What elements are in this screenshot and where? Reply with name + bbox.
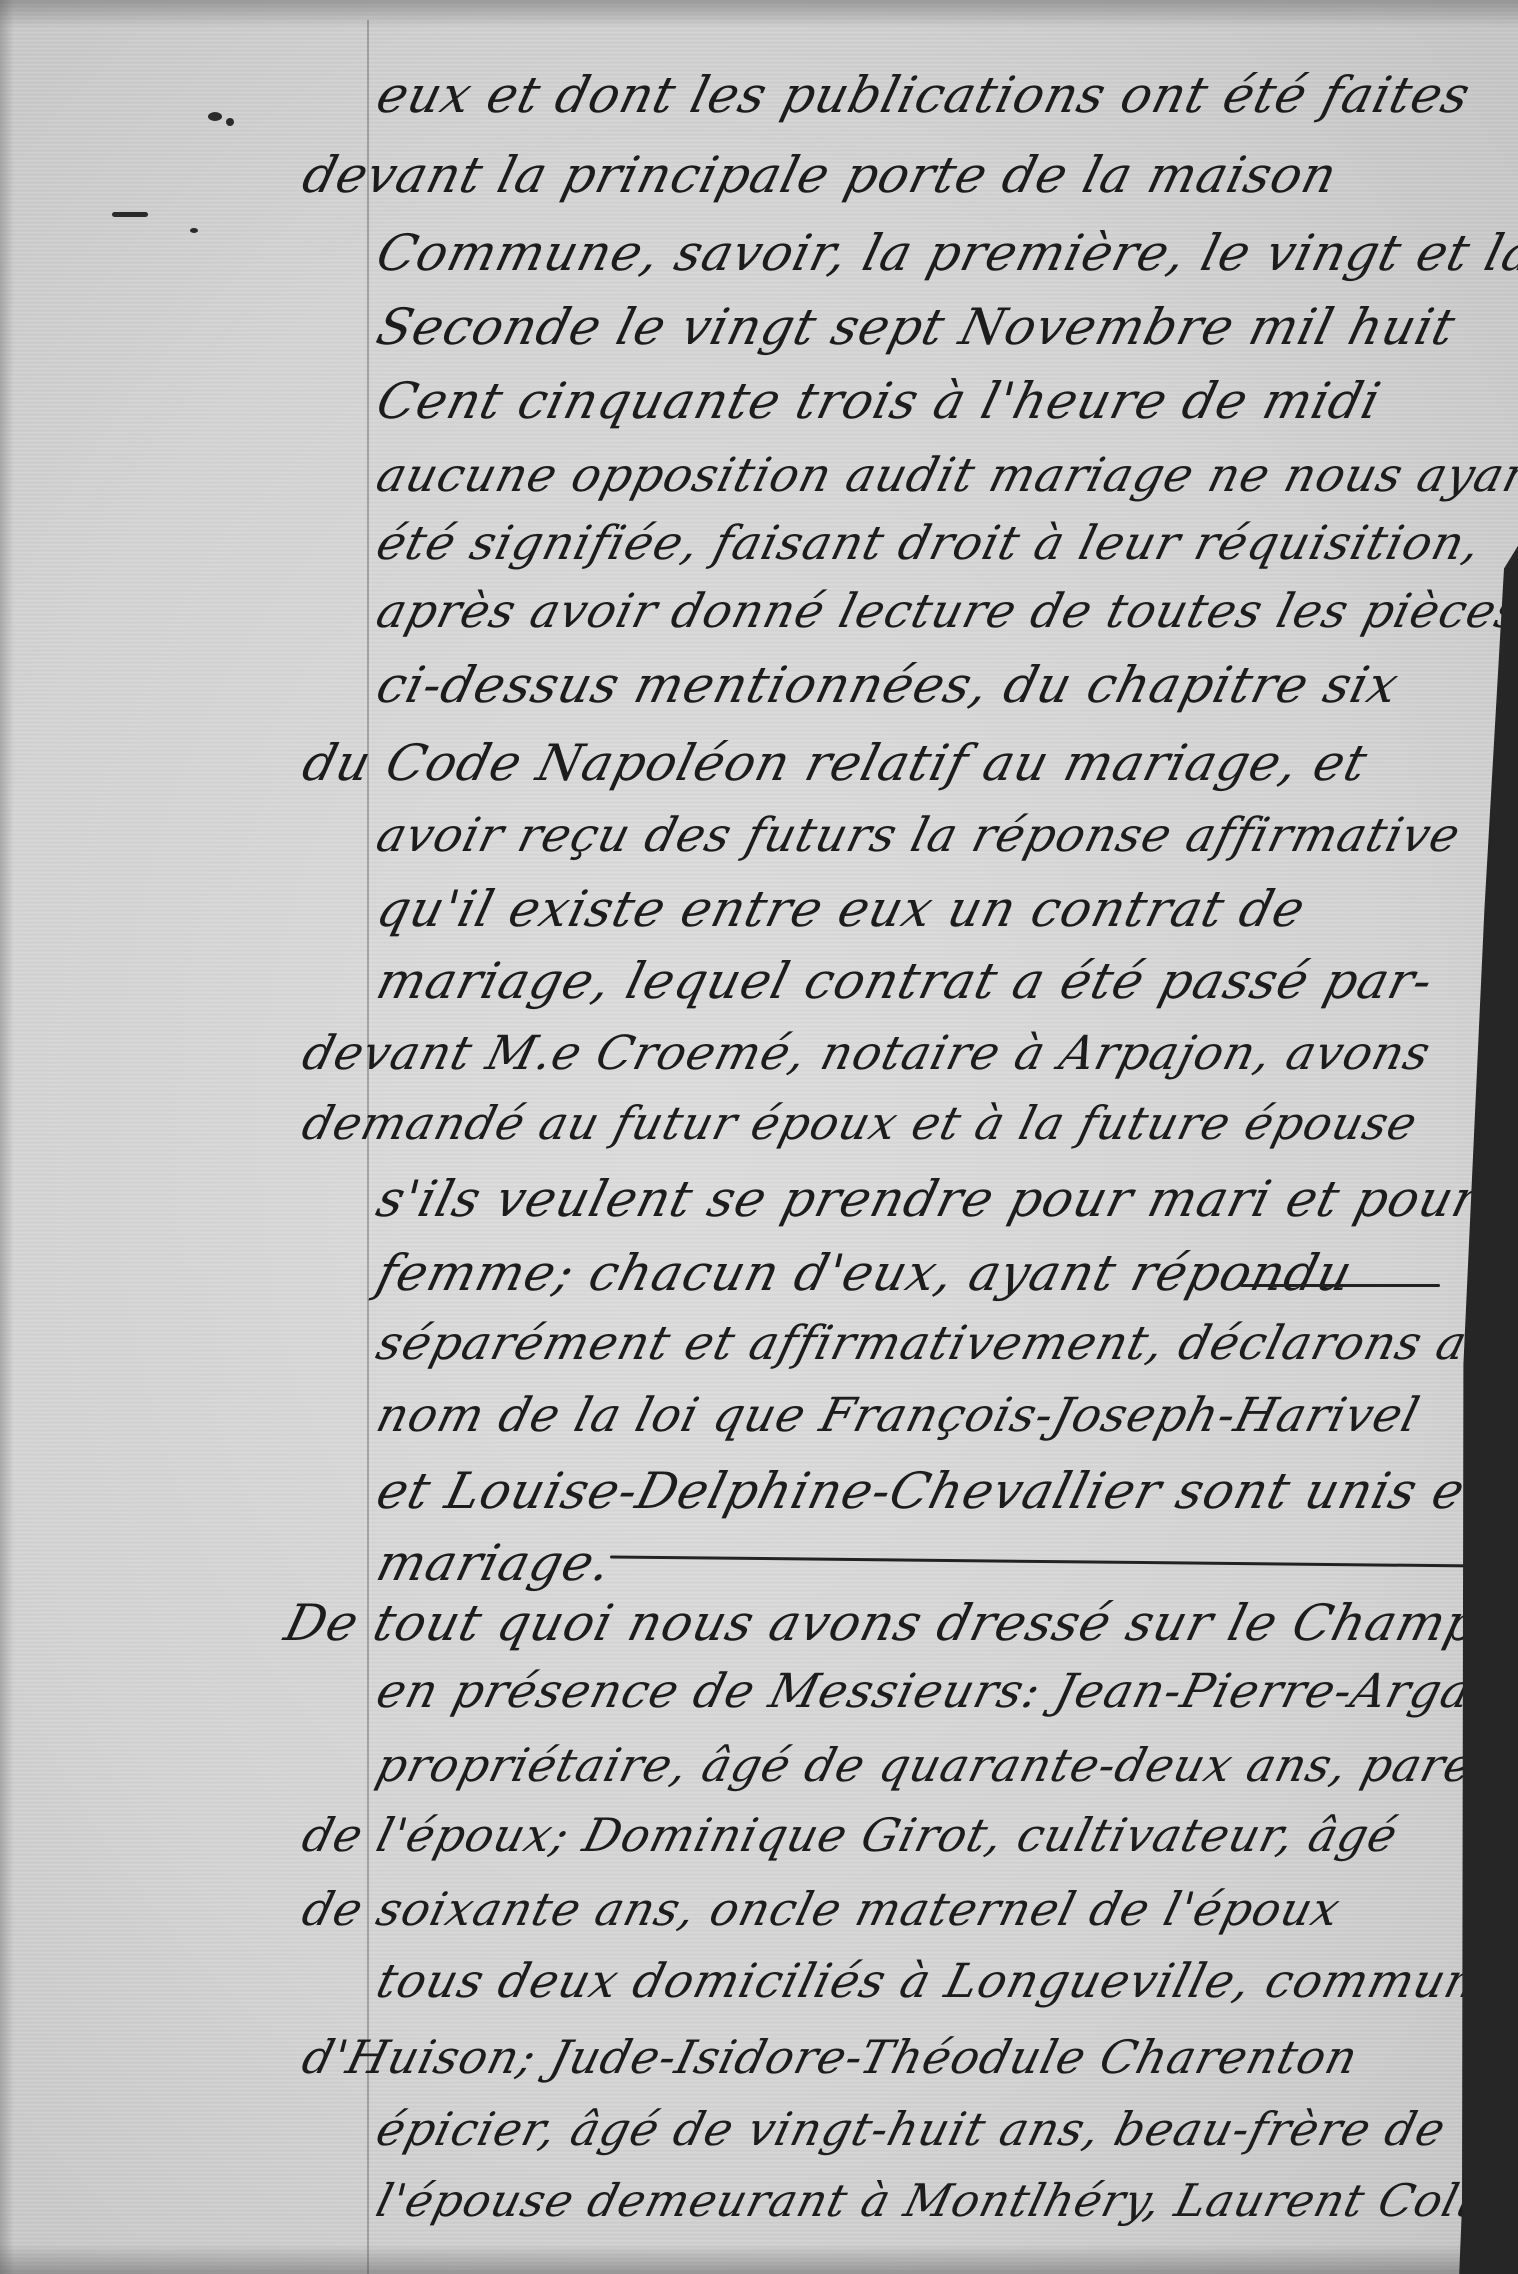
text-line: propriétaire, âgé de quarante-deux ans, … <box>372 1742 1518 1788</box>
text-line: mariage. <box>372 1538 617 1588</box>
text-line: qu'il existe entre eux un contrat de <box>372 884 1310 934</box>
text-line: du Code Napoléon relatif au mariage, et <box>298 738 1373 788</box>
text-line: mariage, lequel contrat a été passé par- <box>372 956 1438 1006</box>
text-line: après avoir donné lecture de toutes les … <box>372 588 1518 635</box>
text-line: aucune opposition audit mariage ne nous … <box>372 452 1518 499</box>
text-line: tous deux domiciliés à Longueville, comm… <box>372 1958 1511 2005</box>
text-line: demandé au futur époux et à la future ép… <box>298 1100 1422 1146</box>
text-line: l'épouse demeurant à Montlhéry, Laurent … <box>372 2178 1518 2223</box>
text-line: ci-dessus mentionnées, du chapitre six <box>372 660 1404 710</box>
text-line: en présence de Messieurs: Jean-Pierre-Ar… <box>372 1668 1518 1715</box>
text-line: nom de la loi que François-Joseph-Harive… <box>372 1392 1424 1439</box>
register-page: eux et dont les publications ont été fai… <box>0 0 1518 2274</box>
text-line: et Louise-Delphine-Chevallier sont unis … <box>372 1466 1503 1516</box>
text-line: été signifiée, faisant droit à leur réqu… <box>372 520 1486 567</box>
text-line: s'ils veulent se prendre pour mari et po… <box>372 1174 1484 1224</box>
text-line: Commune, savoir, la première, le vingt e… <box>372 228 1518 278</box>
text-line: d'Huison; Jude-Isidore-Théodule Charento… <box>298 2034 1363 2080</box>
text-line: avoir reçu des futurs la réponse affirma… <box>372 812 1465 859</box>
text-line: De tout quoi nous avons dressé sur le Ch… <box>280 1598 1485 1648</box>
text-line: de l'époux; Dominique Girot, cultivateur… <box>298 1812 1403 1858</box>
text-line: Seconde le vingt sept Novembre mil huit <box>372 302 1461 352</box>
handwritten-text: eux et dont les publications ont été fai… <box>0 0 1518 2274</box>
text-line: devant M.e Croemé, notaire à Arpajon, av… <box>298 1030 1435 1077</box>
text-line: femme; chacun d'eux, ayant répondu <box>372 1248 1358 1298</box>
text-line: Cent cinquante trois à l'heure de midi <box>372 376 1386 426</box>
text-line: séparément et affirmativement, déclarons… <box>372 1320 1503 1367</box>
text-line: eux et dont les publications ont été fai… <box>372 70 1475 120</box>
text-line: devant la principale porte de la maison <box>298 150 1342 200</box>
text-line: de soixante ans, oncle maternel de l'épo… <box>298 1886 1345 1932</box>
closing-rule <box>610 1555 1480 1567</box>
text-line: épicier, âgé de vingt-huit ans, beau-frè… <box>372 2106 1451 2152</box>
line-filler-dash <box>1240 1284 1440 1287</box>
